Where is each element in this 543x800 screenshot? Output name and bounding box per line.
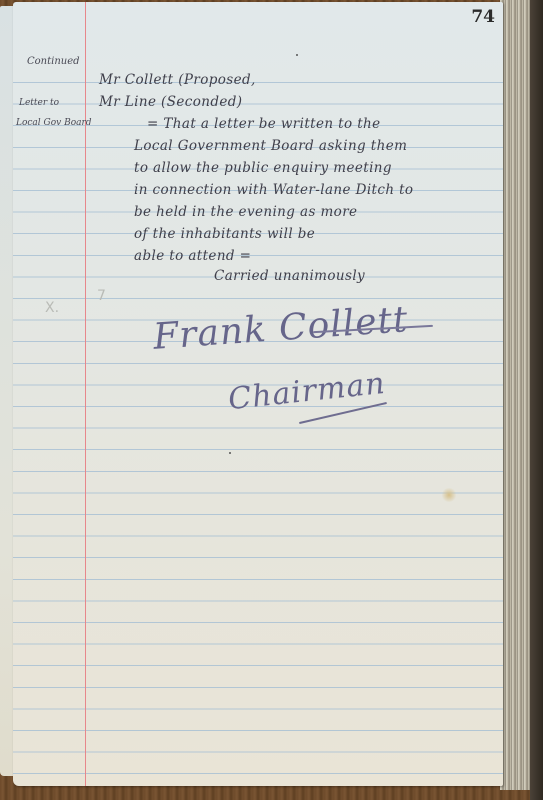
minute-line-resolution-7: able to attend = [134, 248, 251, 264]
book-binding-edge [530, 0, 543, 800]
pencil-mark-x: X. [45, 300, 59, 316]
ledger-page: 74 Continued Letter to Local Gov Board M… [13, 2, 503, 786]
margin-note-letter-to: Letter to [19, 98, 59, 108]
margin-note-local-gov-board: Local Gov Board [16, 118, 92, 128]
minute-line-seconder: Mr Line (Seconded) [99, 94, 242, 110]
paper-stain [441, 488, 457, 502]
minute-line-resolution-6: of the inhabitants will be [134, 226, 315, 242]
margin-note-continued: Continued [27, 56, 80, 67]
minute-line-resolution-3: to allow the public enquiry meeting [134, 160, 392, 176]
pencil-mark-seven: 7 [97, 288, 106, 304]
page-number: 74 [471, 7, 495, 27]
minute-line-proposer: Mr Collett (Proposed, [99, 72, 256, 88]
minute-line-resolution-5: be held in the evening as more [134, 204, 357, 220]
minute-line-carried: Carried unanimously [214, 268, 365, 284]
ink-speck [296, 54, 298, 56]
minute-line-resolution-4: in connection with Water-lane Ditch to [134, 182, 413, 198]
minute-line-resolution-1: = That a letter be written to the [147, 116, 381, 132]
minute-line-resolution-2: Local Government Board asking them [134, 138, 407, 154]
ink-speck [229, 452, 231, 454]
